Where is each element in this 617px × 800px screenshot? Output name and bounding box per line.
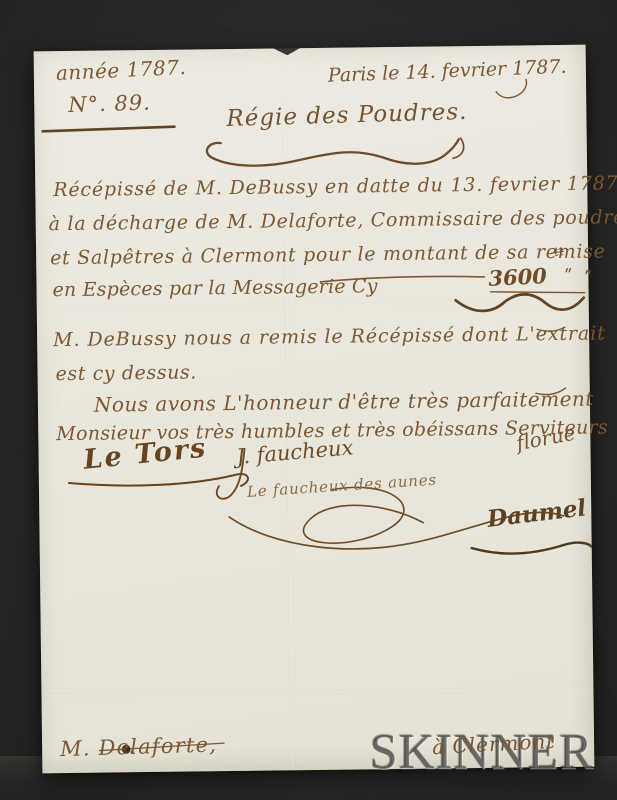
amount-livres-mark: tt [553, 244, 564, 259]
body-line-payment: en Espèces par la Messagerie Cy [52, 275, 377, 301]
amount-sous-mark: ʺ [564, 267, 572, 287]
body-line-cydessus: est cy dessus. [55, 361, 197, 385]
footer-addressee: M. Delaforte, [60, 732, 218, 761]
docket-number: N°. 89. [68, 91, 151, 117]
manuscript-paper: année 1787. N°. 89. Paris le 14. fevrier… [34, 45, 595, 774]
amount-deniers-mark: ʺ [584, 269, 592, 289]
amount-value: 3600 [488, 263, 548, 291]
